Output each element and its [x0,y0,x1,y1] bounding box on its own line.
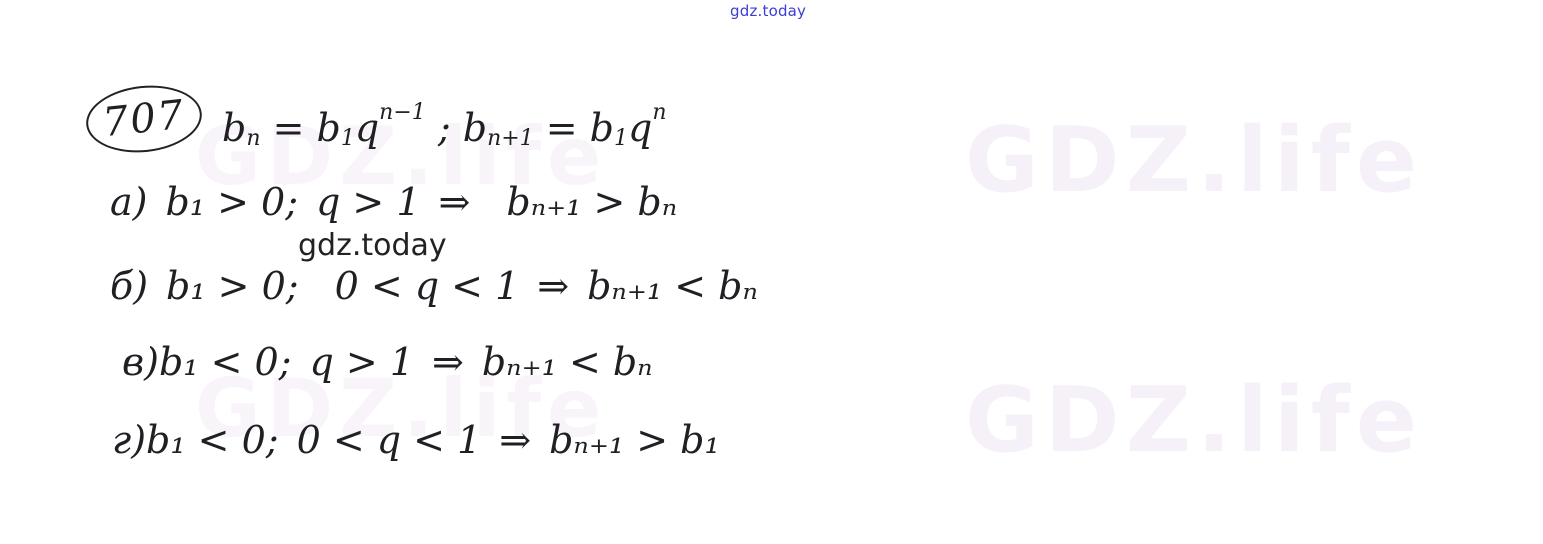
problem-number-circle: 707 [83,80,205,158]
formula-exponent: n [652,100,666,125]
q-condition: 0 < q < 1 [335,264,520,308]
q-condition: 0 < q < 1 [297,418,482,462]
equals-sign: = [534,106,590,150]
item-result: bₙ₊₁ < bₙ [587,264,758,308]
item-label: г) [112,418,146,462]
item-result: bₙ₊₁ > bₙ [506,180,677,224]
solution-item-b: б)b₁ > 0;0 < q < 1⇒bₙ₊₁ < bₙ [110,264,758,308]
b1-condition: b₁ > 0; [165,180,298,224]
formula-term: b [590,106,614,150]
b1-condition: b₁ < 0; [159,340,292,384]
formula-subscript: 1 [614,126,628,151]
faint-watermark: GDZ.life [965,108,1423,213]
q-condition: q > 1 [316,180,421,224]
top-watermark: gdz.today [730,2,806,20]
item-label: в) [122,340,159,384]
item-result: bₙ₊₁ < bₙ [482,340,653,384]
solution-item-v: в)b₁ < 0;q > 1⇒bₙ₊₁ < bₙ [122,340,653,384]
b1-condition: b₁ > 0; [166,264,299,308]
problem-number: 707 [101,92,188,146]
formula-term: b [317,106,341,150]
solution-item-a: а)b₁ > 0;q > 1⇒bₙ₊₁ > bₙ [110,180,677,224]
q-condition: q > 1 [310,340,415,384]
formula-base: q [355,106,379,150]
formula-subscript: 1 [341,126,355,151]
formula-base: q [628,106,652,150]
document-page: gdz.today GDZ.life GDZ.life GDZ.life GDZ… [0,0,1543,544]
separator: ; [426,106,463,150]
formula-subscript: n+1 [487,126,534,151]
implies-sign: ⇒ [432,340,464,384]
formula-subscript: n [246,126,260,151]
solution-item-g: г)b₁ < 0;0 < q < 1⇒bₙ₊₁ > b₁ [112,418,720,462]
item-label: а) [110,180,147,224]
implies-sign: ⇒ [499,418,531,462]
equals-sign: = [261,106,317,150]
item-label: б) [110,264,148,308]
formula-term: b [463,106,487,150]
item-result: bₙ₊₁ > b₁ [549,418,720,462]
implies-sign: ⇒ [439,180,471,224]
formula-term: b [222,106,246,150]
formula-exponent: n−1 [379,100,426,125]
middle-watermark: gdz.today [298,228,447,263]
implies-sign: ⇒ [537,264,569,308]
formula-line: bn = b1qn−1 ; bn+1 = b1qn [222,100,667,151]
faint-watermark: GDZ.life [965,368,1423,473]
b1-condition: b₁ < 0; [146,418,279,462]
